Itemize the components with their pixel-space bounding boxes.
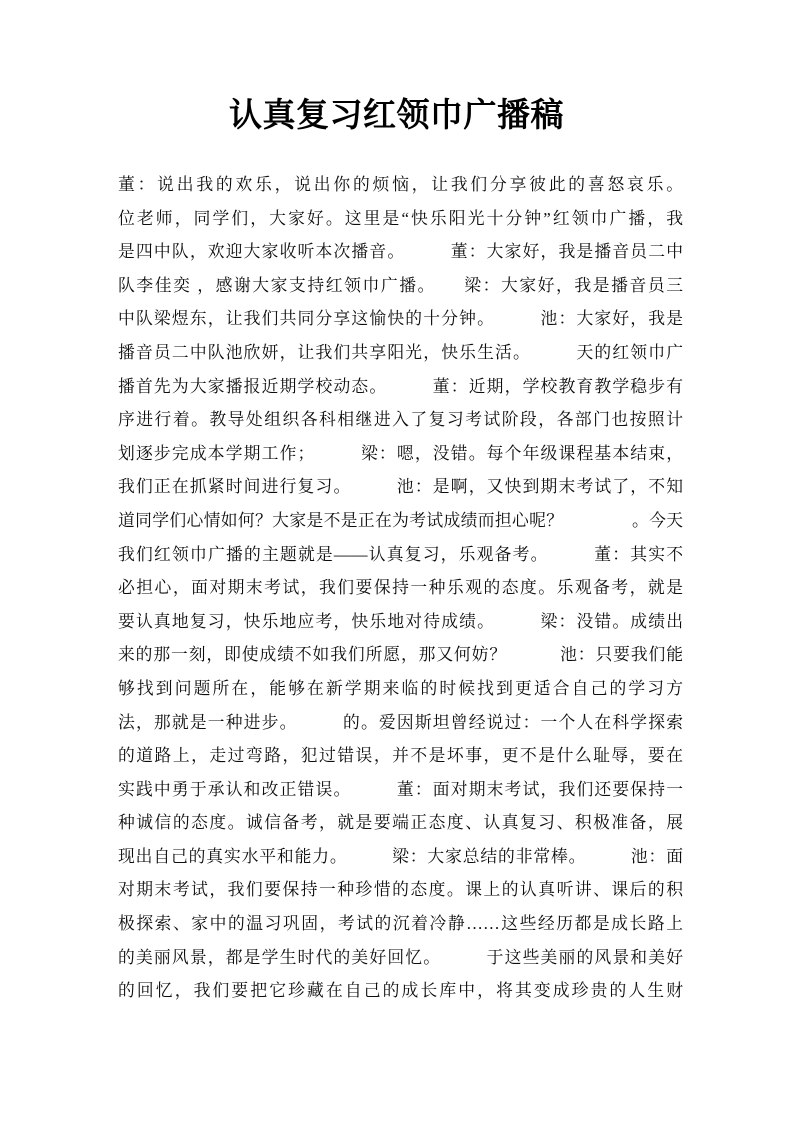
document-title: 认真复习红领巾广播稿 — [0, 94, 793, 138]
document-body: 董：说出我的欢乐，说出你的烦恼，让我们分享彼此的喜怒哀乐。 位老师，同学们，大家… — [118, 168, 683, 1008]
text-line: 我们正在抓紧时间进行复习。 池：是啊，又快到期末考试了，不知 — [118, 470, 683, 504]
text-line: 种诚信的态度。诚信备考，就是要端正态度、认真复习、积极准备，展 — [118, 806, 683, 840]
text-line: 董：说出我的欢乐，说出你的烦恼，让我们分享彼此的喜怒哀乐。 — [118, 168, 683, 202]
text-line: 法，那就是一种进步。 的。爱因斯坦曾经说过：一个人在科学探索 — [118, 706, 683, 740]
text-line: 播音员二中队池欣妍，让我们共享阳光，快乐生活。 天的红领巾广 — [118, 336, 683, 370]
text-line: 队李佳奕 ，感谢大家支持红领巾广播。 梁：大家好，我是播音员三 — [118, 269, 683, 303]
text-line: 来的那一刻，即使成绩不如我们所愿，那又何妨？ 池：只要我们能 — [118, 638, 683, 672]
text-line: 道同学们心情如何？大家是不是正在为考试成绩而担心呢？ 。今天 — [118, 504, 683, 538]
text-line: 是四中队，欢迎大家收听本次播音。 董：大家好，我是播音员二中 — [118, 235, 683, 269]
text-line: 位老师，同学们，大家好。这里是“快乐阳光十分钟”红领巾广播，我 — [118, 202, 683, 236]
text-line: 的道路上，走过弯路，犯过错误，并不是坏事，更不是什么耻辱，要在 — [118, 739, 683, 773]
text-line: 序进行着。教导处组织各科相继进入了复习考试阶段，各部门也按照计 — [118, 403, 683, 437]
text-line: 中队梁煜东，让我们共同分享这愉快的十分钟。 池：大家好，我是 — [118, 302, 683, 336]
text-line: 够找到问题所在，能够在新学期来临的时候找到更适合自己的学习方 — [118, 672, 683, 706]
text-line: 的回忆，我们要把它珍藏在自己的成长库中，将其变成珍贵的人生财 — [118, 974, 683, 1008]
text-line: 现出自己的真实水平和能力。 梁：大家总结的非常棒。 池：面 — [118, 840, 683, 874]
text-line: 要认真地复习，快乐地应考，快乐地对待成绩。 梁：没错。成绩出 — [118, 605, 683, 639]
text-line: 的美丽风景，都是学生时代的美好回忆。 于这些美丽的风景和美好 — [118, 941, 683, 975]
text-line: 极探索、家中的温习巩固，考试的沉着冷静……这些经历都是成长路上 — [118, 907, 683, 941]
text-line: 实践中勇于承认和改正错误。 董：面对期末考试，我们还要保持一 — [118, 773, 683, 807]
document-page: 认真复习红领巾广播稿 董：说出我的欢乐，说出你的烦恼，让我们分享彼此的喜怒哀乐。… — [0, 0, 793, 1122]
text-line: 我们红领巾广播的主题就是——认真复习，乐观备考。 董：其实不 — [118, 538, 683, 572]
text-line: 划逐步完成本学期工作； 梁：嗯，没错。每个年级课程基本结束， — [118, 437, 683, 471]
text-line: 必担心，面对期末考试，我们要保持一种乐观的态度。乐观备考，就是 — [118, 571, 683, 605]
text-line: 对期末考试，我们要保持一种珍惜的态度。课上的认真听讲、课后的积 — [118, 873, 683, 907]
text-line: 播首先为大家播报近期学校动态。 董：近期，学校教育教学稳步有 — [118, 370, 683, 404]
